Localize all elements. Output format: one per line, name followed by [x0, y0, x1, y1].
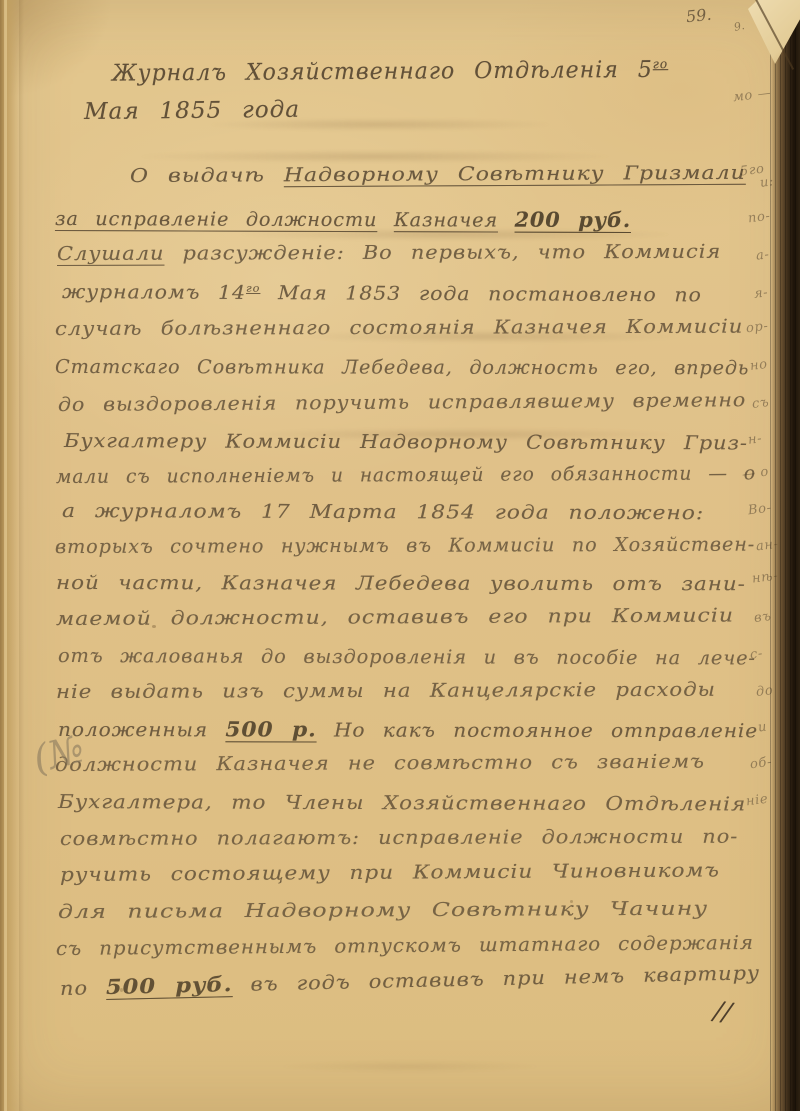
- left-page-edge-highlight: [4, 0, 7, 1111]
- manuscript-line: маемой должности, оставивъ его при Комми…: [56, 604, 734, 630]
- manuscript-line: а журналомъ 17 Марта 1854 года положено:: [62, 500, 704, 524]
- manuscript-line: ной части, Казначея Лебедева уволить отъ…: [56, 572, 746, 595]
- margin-note: с-: [749, 646, 764, 662]
- page-number: 59.: [685, 5, 712, 27]
- margin-note: ніе: [745, 792, 769, 810]
- manuscript-line: должности Казначея не совмѣстно съ звані…: [55, 751, 705, 776]
- margin-note: а-: [755, 247, 770, 264]
- manuscript-line: О выдачѣ Надворному Совѣтнику Гризмали: [130, 162, 746, 187]
- margin-note: но: [749, 357, 768, 374]
- header-date-line: Мая 1855 года: [84, 97, 300, 125]
- manuscript-line: Бухгалтера, то Члены Хозяйственнаго Отдѣ…: [58, 791, 746, 815]
- manuscript-line: ніе выдать изъ суммы на Канцелярскіе рас…: [56, 679, 716, 703]
- margin-note: съ: [751, 395, 770, 412]
- margin-note: Во-: [747, 501, 772, 519]
- manuscript-page: 59. 9. Журналъ Хозяйственнаго Отдѣленія …: [0, 0, 800, 1111]
- manuscript-line: вторыхъ сочтено нужнымъ въ Коммисіи по Х…: [55, 534, 755, 558]
- manuscript-line: за исправленіе должности Казначея 200 ру…: [55, 206, 631, 232]
- margin-note: я-: [753, 285, 769, 302]
- page-crease: [19, 0, 24, 1111]
- manuscript-line: совмѣстно полагаютъ: исправленіе должнос…: [60, 826, 738, 850]
- left-page-edge: [0, 0, 18, 1111]
- manuscript-line: Бухгалтеру Коммисіи Надворному Совѣтнику…: [64, 430, 748, 454]
- manuscript-line: ручить состоящему при Коммисіи Чиновнико…: [60, 859, 720, 886]
- margin-note: н-: [747, 431, 763, 448]
- manuscript-line: Слушали разсужденіе: Во первыхъ, что Ком…: [57, 241, 721, 265]
- manuscript-line: случаѣ болѣзненнаго состоянія Казначея К…: [55, 316, 743, 340]
- bleed-through-mark: [280, 1060, 540, 1073]
- bleed-through-mark: [140, 150, 610, 163]
- manuscript-line: мали съ исполненіемъ и настоящей его обя…: [56, 462, 756, 488]
- header-title-line: Журналъ Хозяйственнаго Отдѣленія 5го: [112, 56, 668, 87]
- end-mark: //: [712, 996, 734, 1028]
- manuscript-line: отъ жалованья до выздоровленія и въ посо…: [58, 645, 756, 669]
- margin-note: по-: [747, 209, 771, 227]
- manuscript-line: положенныя 500 р. Но какъ постоянное отп…: [58, 717, 758, 742]
- manuscript-line: журналомъ 14го Мая 1853 года постановлен…: [62, 281, 702, 306]
- manuscript-line: Статскаго Совѣтника Лебедева, должность …: [55, 356, 749, 379]
- margin-note: и: [757, 720, 768, 736]
- manuscript-line: для письма Надворному Совѣтнику Чачину: [58, 898, 708, 923]
- book-page-edges: [770, 0, 800, 1111]
- margin-note: ор-: [745, 319, 769, 337]
